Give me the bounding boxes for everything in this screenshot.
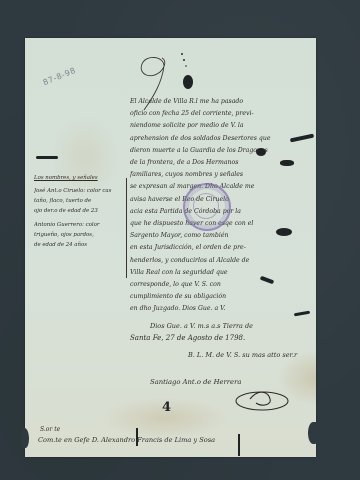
paper-tear-right [308,422,318,444]
body-line: oficio con fecha 25 del corriente, previ… [130,108,316,120]
date-place-line: Dios Gue. a V. m.s a.s Tierra de [150,322,253,330]
body-line: Villa Real con la seguridad que [130,267,316,279]
addressee-line: Com.te en Gefe D. Alexandro Francis de L… [38,436,215,444]
body-line: aprehension de dos soldados Desertores q… [130,133,316,145]
margin-note-line: de edad de 24 años [34,240,130,250]
margin-note-line: José Ant.o Ciruelo: color cas [34,186,130,196]
archive-stamp [183,183,231,231]
ink-blot [280,160,294,166]
ink-stroke [36,156,58,159]
ink-stroke [136,428,138,446]
ink-blot-icon [178,52,198,92]
signer-name: Santiago Ant.o de Herrera [150,378,241,386]
body-line: en esta Jurisdicción, el orden de pre- [130,242,316,254]
closing-salutation: B. L. M. de V. S. su mas atto ser.r [188,351,297,359]
body-line: dieron muerte a la Guardia de los Dragon… [130,145,316,157]
addressee-prefix: S.or te [40,426,60,433]
body-line: El Alcalde de Villa R.l me ha pasado [130,96,316,108]
body-line: niendome solicite por medio de V. la [130,120,316,132]
ink-blot [256,148,266,156]
margin-note-line: trigueño, ojos pardos, [34,230,130,240]
body-line: en dho Juzgado. Dios Gue. a V. [130,303,316,315]
body-line: familiares, cuyos nombres y señales [130,169,316,181]
margin-note-line: ojo der.o de edad de 23 [34,206,130,216]
body-line: cumplimiento de su obligación [130,291,316,303]
margin-note: Los nombres, y señales José Ant.o Ciruel… [34,173,130,250]
signature-rubric-icon [232,385,292,415]
date-line: Santa Fe, 27 de Agosto de 1798. [130,334,245,342]
ink-stroke [238,434,240,456]
margin-note-line: Antonio Guerrero: color [34,220,130,230]
body-line: henderlos, y conducirlos al Alcalde de [130,255,316,267]
margin-note-line: taño, flaco, tuerto de [34,196,130,206]
margin-note-heading: Los nombres, y señales [34,173,130,183]
stamp-inner-ring [193,193,219,219]
paper-tear-left [21,428,29,448]
bottom-mark: 4 [162,400,171,415]
body-line: corresponde, lo que V. S. con [130,279,316,291]
ink-blot [276,228,292,236]
